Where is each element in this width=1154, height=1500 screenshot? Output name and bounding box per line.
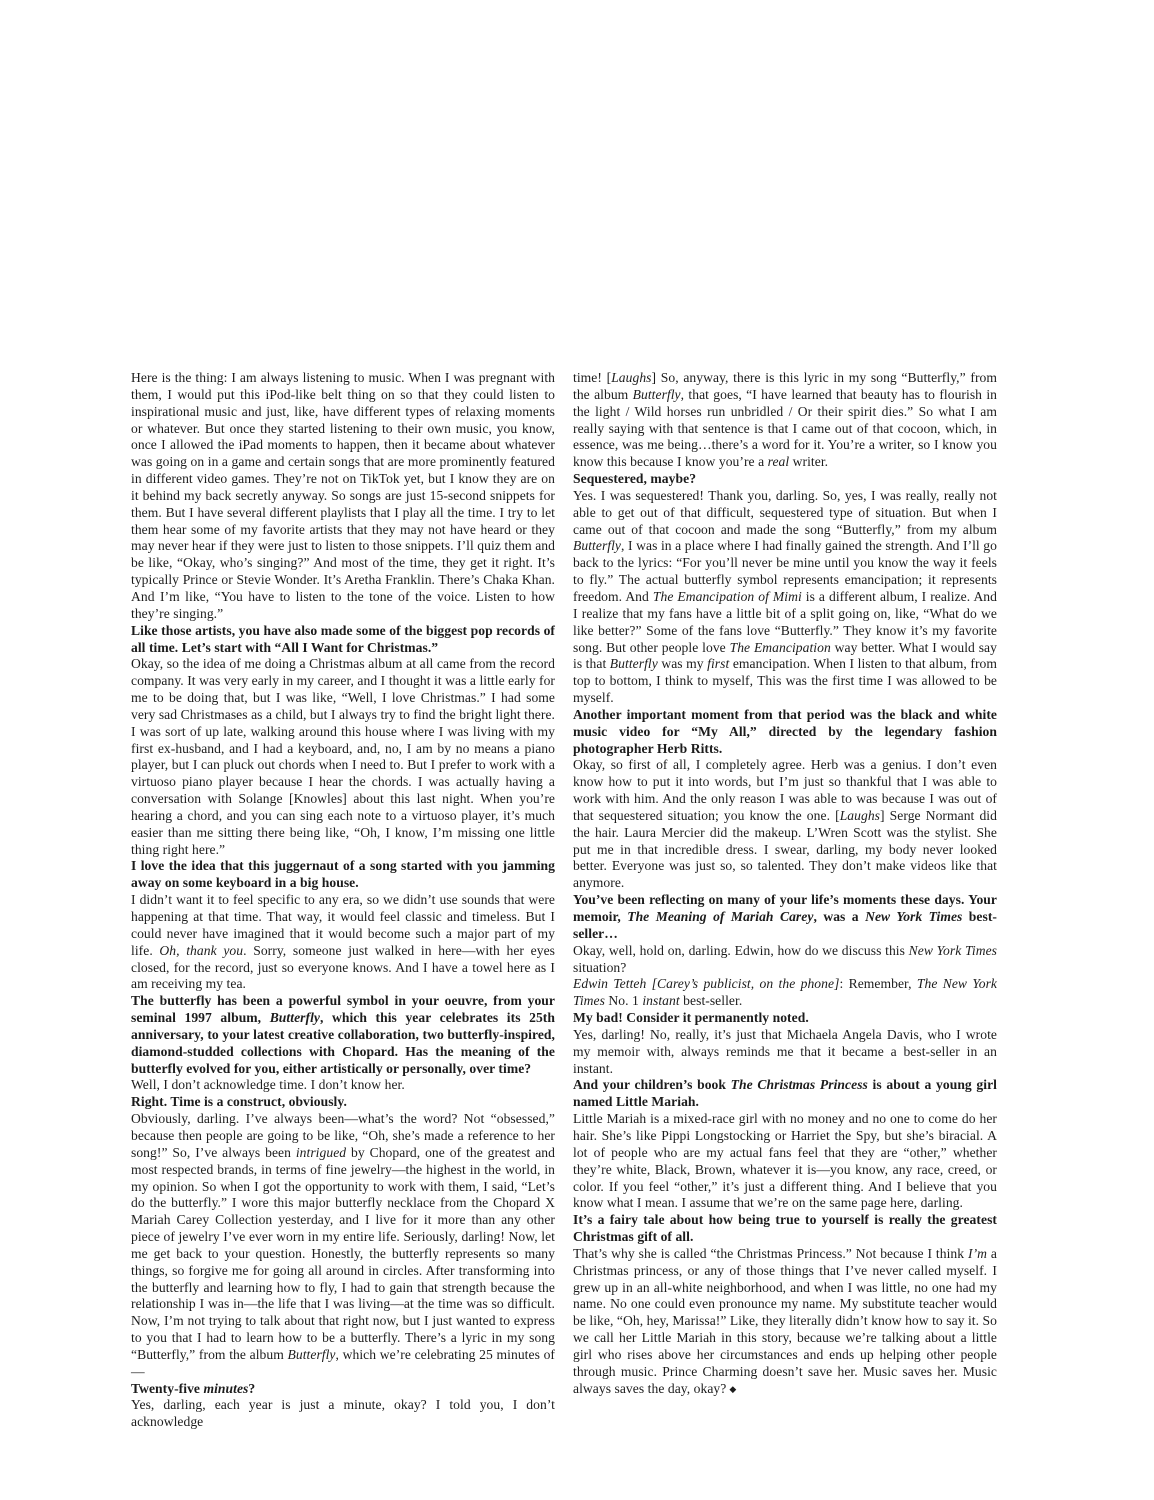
interview-answer: time! [Laughs] So, anyway, there is this… — [573, 370, 997, 471]
text-run: Sequestered, maybe? — [573, 471, 696, 486]
interview-answer: Yes, darling! No, really, it’s just that… — [573, 1027, 997, 1078]
italic-text: Butterfly — [633, 387, 681, 402]
italic-text: The Christmas Princess — [731, 1077, 868, 1092]
text-run: That’s why she is called “the Christmas … — [573, 1246, 968, 1261]
text-run: My bad! Consider it permanently noted. — [573, 1010, 809, 1025]
article-column-left: Here is the thing: I am always listening… — [131, 370, 555, 1431]
interview-answer: Yes, darling, each year is just a minute… — [131, 1397, 555, 1431]
interview-answer: Little Mariah is a mixed-race girl with … — [573, 1111, 997, 1212]
end-of-article-diamond-icon: ◆ — [729, 1384, 736, 1394]
text-run: situation? — [573, 960, 626, 975]
text-run: Here is the thing: I am always listening… — [131, 370, 555, 621]
text-run: ? — [248, 1381, 255, 1396]
italic-text: Laughs — [611, 370, 651, 385]
interview-answer: Okay, so first of all, I completely agre… — [573, 757, 997, 892]
text-run: Okay, well, hold on, darling. Edwin, how… — [573, 943, 909, 958]
italic-text: The Emancipation of Mimi — [653, 589, 802, 604]
text-run: a Christmas princess, or any of those th… — [573, 1246, 997, 1396]
italic-text: minutes — [203, 1381, 248, 1396]
italic-text: Butterfly — [288, 1347, 336, 1362]
italic-text: The Emancipation — [730, 640, 831, 655]
italic-text: first — [707, 656, 729, 671]
interview-question: Like those artists, you have also made s… — [131, 623, 555, 657]
interview-answer: Okay, well, hold on, darling. Edwin, how… — [573, 943, 997, 977]
text-run: It’s a fairy tale about how being true t… — [573, 1212, 997, 1244]
text-run: writer. — [789, 454, 828, 469]
text-run: time! [ — [573, 370, 611, 385]
italic-text: I’m — [968, 1246, 987, 1261]
text-run: Right. Time is a construct, obviously. — [131, 1094, 347, 1109]
text-run: by Chopard, one of the greatest and most… — [131, 1145, 555, 1362]
interview-answer: Obviously, darling. I’ve always been—wha… — [131, 1111, 555, 1381]
italic-text: real — [768, 454, 790, 469]
interview-question: Twenty-five minutes? — [131, 1381, 555, 1398]
italic-text: The Meaning of Mariah Carey — [627, 909, 813, 924]
interview-answer: That’s why she is called “the Christmas … — [573, 1246, 997, 1398]
interview-question: And your children’s book The Christmas P… — [573, 1077, 997, 1111]
interview-answer: Okay, so the idea of me doing a Christma… — [131, 656, 555, 858]
article-column-right: time! [Laughs] So, anyway, there is this… — [573, 370, 997, 1397]
interview-question: Sequestered, maybe? — [573, 471, 997, 488]
text-run: : Remember, — [839, 976, 916, 991]
italic-text: intrigued — [296, 1145, 346, 1160]
text-run: best-seller. — [680, 993, 743, 1008]
italic-text: Butterfly — [610, 656, 658, 671]
interview-answer: Edwin Tetteh [Carey’s publicist, on the … — [573, 976, 997, 1010]
italic-text: Oh, thank you — [159, 943, 243, 958]
text-run: Another important moment from that perio… — [573, 707, 997, 756]
italic-text: New York Times — [909, 943, 997, 958]
interview-question: I love the idea that this juggernaut of … — [131, 858, 555, 892]
text-run: Like those artists, you have also made s… — [131, 623, 555, 655]
interview-answer: I didn’t want it to feel specific to any… — [131, 892, 555, 993]
interview-question: It’s a fairy tale about how being true t… — [573, 1212, 997, 1246]
interview-question: The butterfly has been a powerful symbol… — [131, 993, 555, 1077]
interview-answer: Well, I don’t acknowledge time. I don’t … — [131, 1077, 555, 1094]
interview-question: Another important moment from that perio… — [573, 707, 997, 758]
interview-answer: Yes. I was sequestered! Thank you, darli… — [573, 488, 997, 707]
text-run: Yes, darling! No, really, it’s just that… — [573, 1027, 997, 1076]
text-run: Yes, darling, each year is just a minute… — [131, 1397, 555, 1429]
interview-question: You’ve been reflecting on many of your l… — [573, 892, 997, 943]
interview-answer: Here is the thing: I am always listening… — [131, 370, 555, 623]
text-run: , was a — [813, 909, 865, 924]
italic-text: New York Times — [865, 909, 962, 924]
text-run: No. 1 — [605, 993, 642, 1008]
text-run: And your children’s book — [573, 1077, 731, 1092]
italic-text: Butterfly — [270, 1010, 320, 1025]
italic-text: instant — [642, 993, 679, 1008]
text-run: Twenty-five — [131, 1381, 203, 1396]
text-run: I love the idea that this juggernaut of … — [131, 858, 555, 890]
text-run: Okay, so the idea of me doing a Christma… — [131, 656, 555, 856]
interview-question: My bad! Consider it permanently noted. — [573, 1010, 997, 1027]
text-run: Well, I don’t acknowledge time. I don’t … — [131, 1077, 405, 1092]
text-run: Little Mariah is a mixed-race girl with … — [573, 1111, 997, 1210]
text-run: was my — [658, 656, 707, 671]
text-run: Yes. I was sequestered! Thank you, darli… — [573, 488, 997, 537]
italic-text: Butterfly — [573, 538, 621, 553]
italic-text: Edwin Tetteh [Carey’s publicist, on the … — [573, 976, 839, 991]
interview-question: Right. Time is a construct, obviously. — [131, 1094, 555, 1111]
italic-text: Laughs — [840, 808, 880, 823]
magazine-page: Here is the thing: I am always listening… — [0, 0, 1154, 1500]
